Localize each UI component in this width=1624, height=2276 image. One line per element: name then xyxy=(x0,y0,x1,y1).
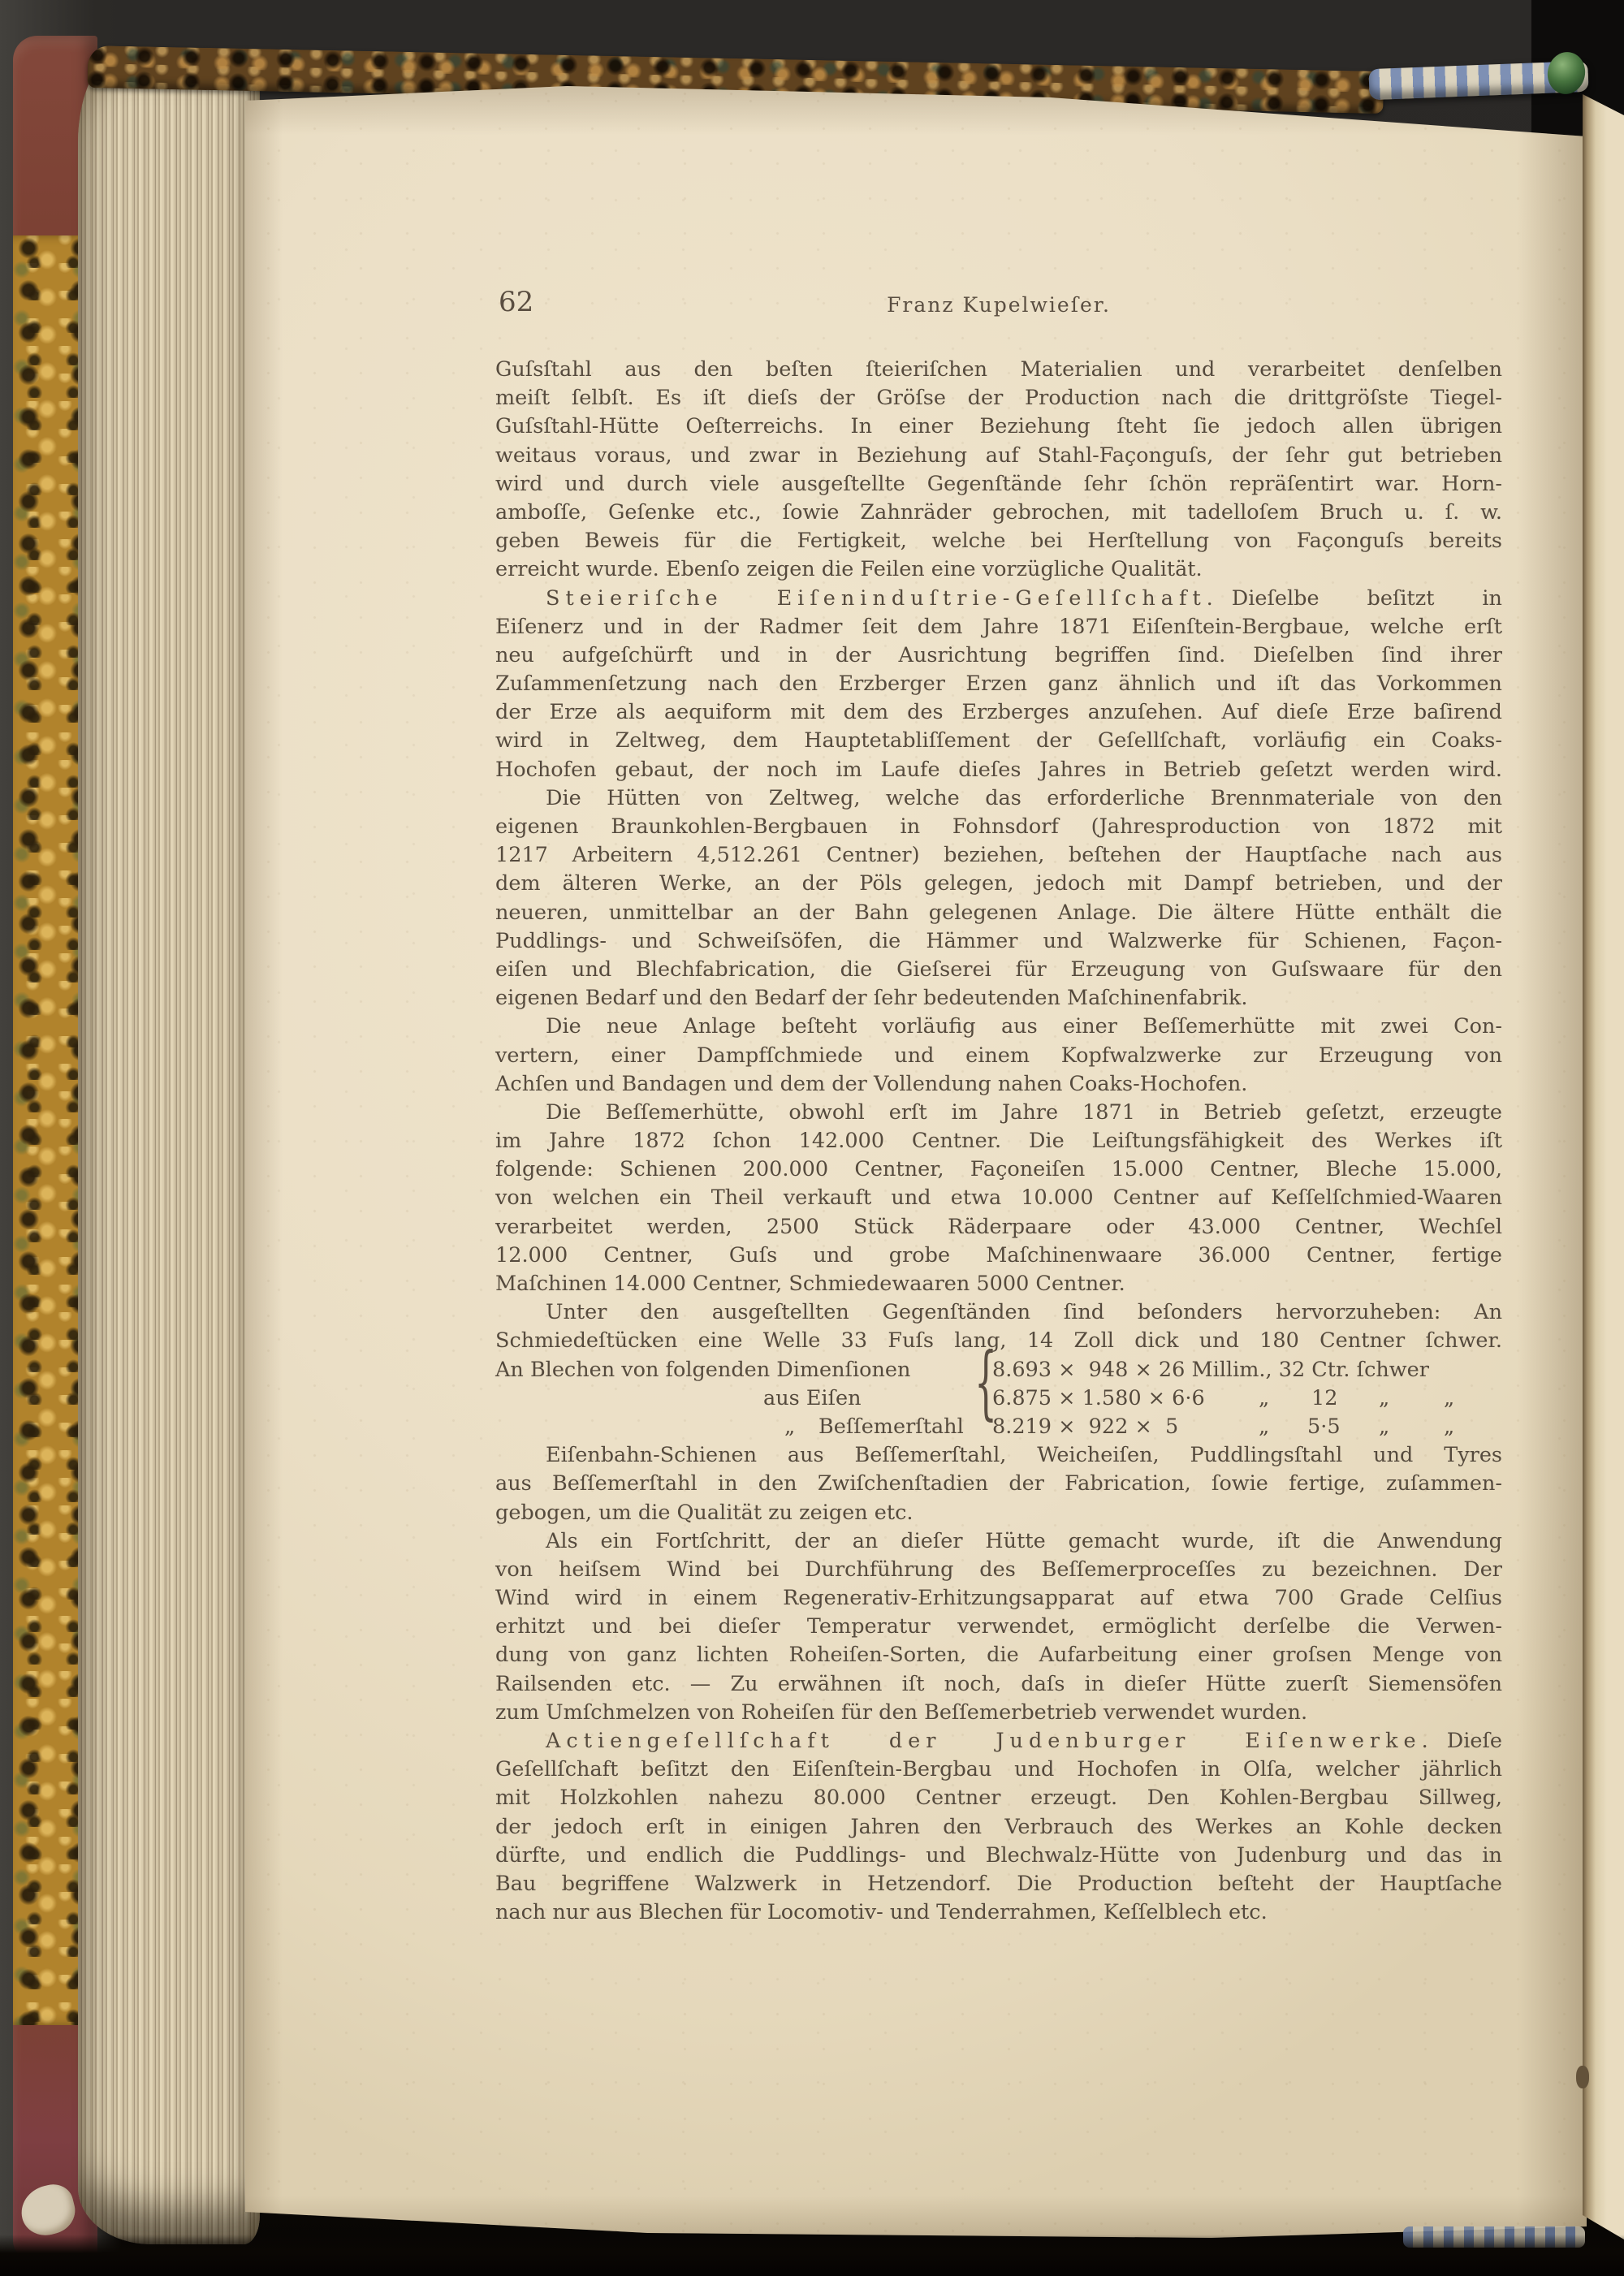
text-line: verarbeitet werden, 2500 Stück Räderpaar… xyxy=(495,1213,1502,1242)
text-line: aus Beſſemerſtahl in den Zwiſchenſtadien… xyxy=(495,1470,1502,1498)
dimension-label: aus Eiſen xyxy=(763,1384,862,1413)
text-line: Geſellſchaft beſitzt den Eiſenſtein-Berg… xyxy=(495,1756,1502,1784)
dimension-weight: 12 xyxy=(1311,1384,1337,1413)
ditto-mark: „ xyxy=(784,1413,795,1441)
text-line: Unter den ausgeſtellten Gegenſtänden ſin… xyxy=(495,1298,1502,1327)
text-line: neu aufgeſchürft und in der Ausrichtung … xyxy=(495,641,1502,670)
text-line: meiſt ſelbſt. Es iſt dieſs der Gröſse de… xyxy=(495,384,1502,412)
ditto-mark: „ xyxy=(1259,1384,1269,1413)
ditto-mark: „ xyxy=(1379,1413,1389,1441)
text-line: weitaus voraus, und zwar in Beziehung au… xyxy=(495,442,1502,470)
body-text: Guſsſtahl aus den beſten ſteieriſchen Ma… xyxy=(495,356,1502,1927)
text-line: von heiſsem Wind bei Durchführung des Be… xyxy=(495,1556,1502,1584)
facing-page-sliver xyxy=(1583,94,1624,2239)
ditto-mark: „ xyxy=(1379,1384,1389,1413)
text-line: Die neue Anlage beſteht vorläufig aus ei… xyxy=(495,1013,1502,1041)
dimension-values: 8.219 × 922 × 5 xyxy=(992,1413,1178,1441)
text-line: gebogen, um die Qualität zu zeigen etc. xyxy=(495,1499,1502,1527)
text-line: Schmiedeſtücken eine Welle 33 Fuſs lang,… xyxy=(495,1327,1502,1355)
heading-rest: Dieſe xyxy=(1447,1729,1502,1753)
text-line: wird in Zeltweg, dem Hauptetabliſſement … xyxy=(495,727,1502,755)
running-header: Franz Kupelwieſer. xyxy=(495,293,1502,317)
text-line: Bau begriffene Walzwerk in Hetzendorf. D… xyxy=(495,1870,1502,1898)
section-heading-line: Steieriſche Eiſeninduſtrie-Geſellſchaft.… xyxy=(495,585,1502,613)
spaced-heading: Steieriſche Eiſeninduſtrie-Geſellſchaft. xyxy=(546,586,1219,611)
text-line: der Erze als aequiform mit dem des Erzbe… xyxy=(495,698,1502,727)
text-line: der jedoch erſt in einigen Jahren den Ve… xyxy=(495,1813,1502,1842)
text-line: Eiſenbahn-Schienen aus Beſſemerſtahl, We… xyxy=(495,1441,1502,1470)
text-line: Hochofen gebaut, der noch im Laufe dieſe… xyxy=(495,756,1502,784)
dimension-brace: { xyxy=(974,1350,997,1416)
text-line: im Jahre 1872 ſchon 142.000 Centner. Die… xyxy=(495,1127,1502,1155)
text-line: wird und durch viele ausgeſtellte Gegenſ… xyxy=(495,470,1502,499)
section-heading-line: Actiengeſellſchaft der Judenburger Eiſen… xyxy=(495,1727,1502,1756)
text-line: vertern, einer Dampfſchmiede und einem K… xyxy=(495,1042,1502,1070)
text-line: Puddlings- und Schweiſsöfen, die Hämmer … xyxy=(495,927,1502,956)
text-line: 1217 Arbeitern 4,512.261 Centner) bezieh… xyxy=(495,841,1502,870)
text-line: dung von ganz lichten Roheiſen-Sorten, d… xyxy=(495,1641,1502,1669)
text-line: amboſſe, Geſenke etc., ſowie Zahnräder g… xyxy=(495,499,1502,527)
text-line: erhitzt und bei dieſer Temperatur verwen… xyxy=(495,1613,1502,1641)
ditto-mark: „ xyxy=(1444,1413,1454,1441)
text-line: Eiſenerz und in der Radmer ſeit dem Jahr… xyxy=(495,613,1502,641)
ditto-mark: „ xyxy=(1444,1384,1454,1413)
bottom-shadow xyxy=(0,2235,1624,2276)
text-line: 12.000 Centner, Guſs und grobe Maſchinen… xyxy=(495,1242,1502,1270)
text-line: folgende: Schienen 200.000 Centner, Faço… xyxy=(495,1155,1502,1184)
text-line: eiſen und Blechfabrication, die Gieſsere… xyxy=(495,956,1502,984)
page-stack-fore-edge xyxy=(78,54,260,2244)
text-line: geben Beweis für die Fertigkeit, welche … xyxy=(495,527,1502,555)
spaced-heading: Actiengeſellſchaft der Judenburger Eiſen… xyxy=(546,1729,1434,1753)
text-line: Zuſammenſetzung nach den Erzberger Erzen… xyxy=(495,670,1502,698)
text-line: Achſen und Bandagen und dem der Vollendu… xyxy=(495,1070,1502,1099)
text-line: Railsenden etc. — Zu erwähnen iſt noch, … xyxy=(495,1670,1502,1699)
text-line: Wind wird in einem Regenerativ-Erhitzung… xyxy=(495,1584,1502,1613)
text-line: eigenen Bedarf und den Bedarf der ſehr b… xyxy=(495,984,1502,1013)
dimension-label: An Blechen von folgenden Dimenſionen xyxy=(495,1356,910,1384)
dimension-row: „ Beſſemerſtahl 8.219 × 922 × 5 „ 5·5 „ … xyxy=(495,1413,1502,1441)
page-header: 62 Franz Kupelwieſer. xyxy=(495,286,1502,325)
text-line: erreicht wurde. Ebenſo zeigen die Feilen… xyxy=(495,555,1502,584)
heading-rest: Dieſelbe beſitzt in xyxy=(1232,586,1502,611)
text-line: zum Umſchmelzen von Roheiſen für den Beſ… xyxy=(495,1699,1502,1727)
text-line: neueren, unmittelbar an der Bahn gelegen… xyxy=(495,899,1502,927)
text-line: eigenen Braunkohlen-Bergbauen in Fohnsdo… xyxy=(495,813,1502,841)
text-line: Maſchinen 14.000 Centner, Schmiedewaaren… xyxy=(495,1270,1502,1298)
text-line: Guſsſtahl aus den beſten ſteieriſchen Ma… xyxy=(495,356,1502,384)
text-line: nach nur aus Blechen für Locomotiv- und … xyxy=(495,1898,1502,1927)
text-line: von welchen ein Theil verkauft und etwa … xyxy=(495,1184,1502,1212)
text-line: Die Hütten von Zeltweg, welche das erfor… xyxy=(495,784,1502,813)
ditto-mark: „ xyxy=(1259,1413,1269,1441)
dimension-values: 6.875 × 1.580 × 6·6 xyxy=(992,1384,1205,1413)
text-line: Die Beſſemerhütte, obwohl erſt im Jahre … xyxy=(495,1099,1502,1127)
text-line: dürfte, und endlich die Puddlings- und B… xyxy=(495,1842,1502,1870)
text-line: dem älteren Werke, an der Pöls gelegen, … xyxy=(495,870,1502,898)
text-line: Guſsſtahl-Hütte Oeſterreichs. In einer B… xyxy=(495,412,1502,441)
dimension-row: aus Eiſen 6.875 × 1.580 × 6·6 „ 12 „ „ xyxy=(495,1384,1502,1413)
dimension-row: An Blechen von folgenden Dimenſionen 8.6… xyxy=(495,1356,1502,1384)
text-line: mit Holzkohlen nahezu 80.000 Centner erz… xyxy=(495,1784,1502,1812)
gutter-notch xyxy=(1576,2066,1589,2088)
dimension-values: 8.693 × 948 × 26 Millim., 32 Ctr. ſchwer xyxy=(992,1356,1429,1384)
dimension-weight: 5·5 xyxy=(1307,1413,1341,1441)
text-line: Als ein Fortſchritt, der an dieſer Hütte… xyxy=(495,1527,1502,1556)
dimension-label: Beſſemerſtahl xyxy=(818,1413,964,1441)
